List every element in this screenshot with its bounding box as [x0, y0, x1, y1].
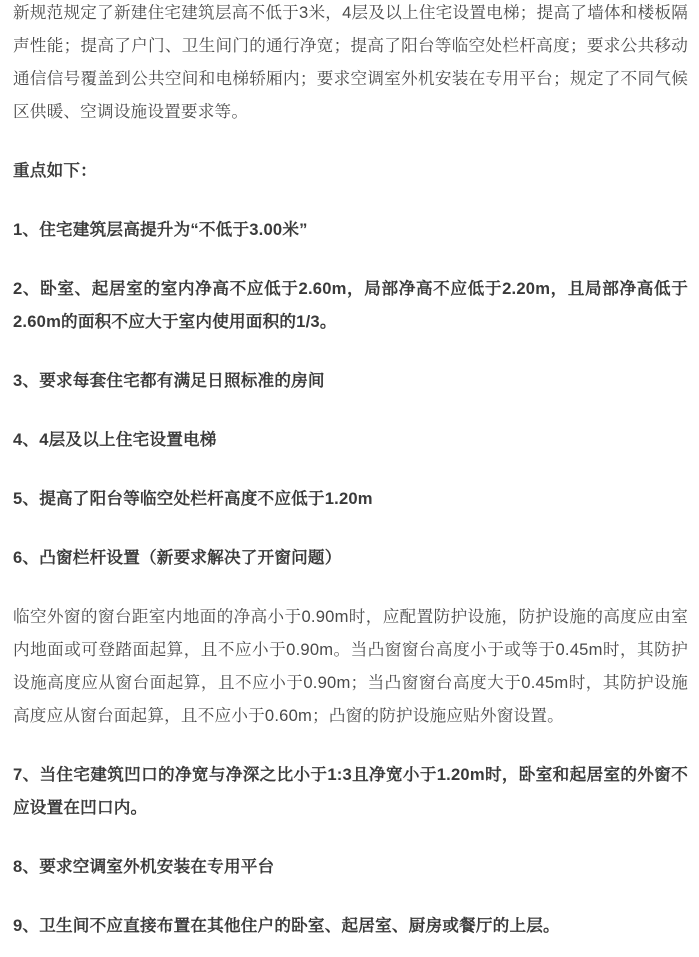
key-point-5-railing-height: 5、提高了阳台等临空处栏杆高度不应低于1.20m	[13, 482, 688, 515]
key-point-9-bathroom-placement: 9、卫生间不应直接布置在其他住户的卧室、起居室、厨房或餐厅的上层。	[13, 909, 688, 942]
key-point-8-ac-platform: 8、要求空调室外机安装在专用平台	[13, 850, 688, 883]
key-point-1-floor-height: 1、住宅建筑层高提升为“不低于3.00米”	[13, 213, 688, 246]
key-point-6-bay-window-detail-paragraph: 临空外窗的窗台距室内地面的净高小于0.90m时，应配置防护设施，防护设施的高度应…	[13, 600, 688, 732]
key-point-6-bay-window-heading: 6、凸窗栏杆设置（新要求解决了开窗问题）	[13, 541, 688, 574]
key-point-2-clear-height: 2、卧室、起居室的室内净高不应低于2.60m，局部净高不应低于2.20m，且局部…	[13, 272, 688, 338]
key-point-4-elevator: 4、4层及以上住宅设置电梯	[13, 423, 688, 456]
highlights-heading: 重点如下：	[13, 154, 688, 187]
article-body: 新规范规定了新建住宅建筑层高不低于3米，4层及以上住宅设置电梯；提高了墙体和楼板…	[0, 0, 699, 952]
key-point-3-sunlight: 3、要求每套住宅都有满足日照标准的房间	[13, 364, 688, 397]
intro-paragraph: 新规范规定了新建住宅建筑层高不低于3米，4层及以上住宅设置电梯；提高了墙体和楼板…	[13, 0, 688, 128]
key-point-7-recess-windows: 7、当住宅建筑凹口的净宽与净深之比小于1:3且净宽小于1.20m时，卧室和起居室…	[13, 758, 688, 824]
